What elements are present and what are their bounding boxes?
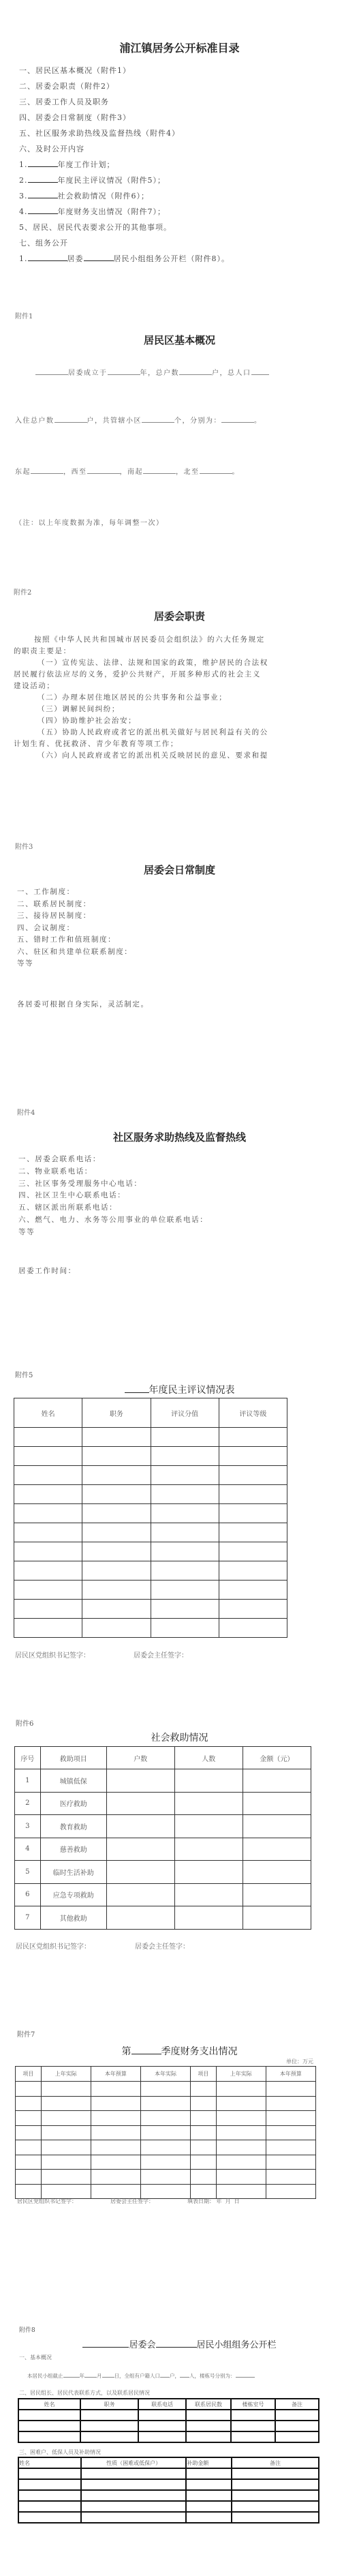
table-cell[interactable] xyxy=(18,2490,81,2501)
table-cell[interactable] xyxy=(186,2468,232,2479)
committee-name-field[interactable] xyxy=(82,2339,129,2348)
blank-field[interactable] xyxy=(28,205,58,214)
table-cell[interactable] xyxy=(82,1561,151,1581)
duty-item: （二）办理本居住地区居民的公共事务和公益事业； xyxy=(14,692,307,704)
table-cell[interactable] xyxy=(266,2170,315,2185)
annex4-title: 社区服务求助热线及监督热线 xyxy=(0,1130,359,1144)
table-cell[interactable] xyxy=(82,1485,151,1504)
finance-table: 项目 上年实际 本年预算 本年实际 项目 上年实际 本年预算 xyxy=(15,2066,316,2199)
assistance-item: 城镇低保 xyxy=(40,1769,106,1793)
table-cell[interactable] xyxy=(243,1792,311,1815)
table-row xyxy=(16,2096,316,2111)
table-cell[interactable] xyxy=(151,1466,219,1485)
table-cell[interactable] xyxy=(16,2155,42,2170)
table-cell[interactable] xyxy=(151,1619,219,1638)
table-cell[interactable] xyxy=(219,1561,287,1581)
annex1-line3: 东起，西至，南起，北至。 xyxy=(15,466,240,476)
table-cell[interactable] xyxy=(232,2501,319,2512)
annex8-title-row: 居委会居民小组组务公开栏 xyxy=(0,2337,359,2350)
table-cell[interactable] xyxy=(151,1600,219,1619)
annex4-footer: 居委工作时间： xyxy=(18,1265,76,1277)
column-header: 姓名 xyxy=(14,1398,82,1428)
committee-name-field[interactable] xyxy=(35,367,68,375)
table-cell[interactable] xyxy=(191,2096,217,2111)
table-cell[interactable] xyxy=(151,1428,219,1447)
table-cell[interactable] xyxy=(91,2096,140,2111)
rule-item: 四、会议制度： xyxy=(17,923,132,935)
table-row xyxy=(18,2431,319,2442)
table-cell[interactable] xyxy=(18,2512,81,2523)
table-cell[interactable] xyxy=(18,2421,80,2431)
table-cell[interactable] xyxy=(106,1883,174,1906)
table-row xyxy=(16,2082,316,2097)
group-name-field[interactable] xyxy=(156,2339,197,2348)
table-cell[interactable] xyxy=(82,1466,151,1485)
table-cell[interactable] xyxy=(232,2479,319,2490)
households-field[interactable] xyxy=(179,367,212,375)
table-row: 3教育救助 xyxy=(15,1815,311,1838)
table-row xyxy=(14,1428,287,1447)
table-cell[interactable] xyxy=(41,2111,91,2126)
table-row xyxy=(16,2170,316,2185)
table-cell[interactable] xyxy=(41,2096,91,2111)
table-row xyxy=(14,1561,287,1581)
table-cell[interactable] xyxy=(151,1485,219,1504)
table-cell[interactable] xyxy=(231,2421,275,2431)
table-row xyxy=(18,2421,319,2431)
column-header: 户数 xyxy=(106,1747,174,1769)
table-cell[interactable] xyxy=(140,2125,190,2140)
party-secretary-signature: 居民区党组织书记签字： xyxy=(15,1649,90,1660)
assistance-item: 临时生活补助 xyxy=(40,1861,106,1884)
table-cell[interactable] xyxy=(82,1542,151,1561)
column-header: 上年实际 xyxy=(41,2067,91,2082)
month-field[interactable] xyxy=(84,2371,97,2378)
assistance-item: 医疗救助 xyxy=(40,1792,106,1815)
table-cell[interactable] xyxy=(106,1792,174,1815)
table-cell[interactable] xyxy=(14,1485,82,1504)
assistance-item: 其他救助 xyxy=(40,1906,106,1930)
table-cell[interactable] xyxy=(41,2140,91,2155)
annex1-line2: 入住总户数户，共管辖小区个，分别为：。 xyxy=(15,415,262,425)
row-number: 4 xyxy=(15,1838,41,1861)
table-cell[interactable] xyxy=(191,2155,217,2170)
column-header: 联系电话 xyxy=(138,2399,186,2410)
annex8-section1-text: 本居民小组截止年月日，全组有户籍人口户，人，楼栋号分别为： xyxy=(27,2371,255,2380)
annex1-title: 居民区基本概况 xyxy=(0,333,359,347)
estates-count-field[interactable] xyxy=(142,415,174,423)
table-cell[interactable] xyxy=(243,1769,311,1793)
table-cell[interactable] xyxy=(106,1815,174,1838)
table-cell[interactable] xyxy=(151,1542,219,1561)
households-field[interactable] xyxy=(160,2371,170,2378)
table-cell[interactable] xyxy=(191,2140,217,2155)
annex3-list: 一、工作制度： 二、联系居民制度： 三、接待居民制度： 四、会议制度： 五、错时… xyxy=(17,886,132,970)
table-cell[interactable] xyxy=(16,2125,42,2140)
duty-item: （一）宣传宪法、法律、法规和国家的政策，维护居民的合法权 xyxy=(14,657,307,669)
blank-field[interactable] xyxy=(28,158,58,167)
column-header: 联系居民数 xyxy=(186,2399,231,2410)
annex1-note: （注：以上年度数据为准，每年调整一次） xyxy=(15,517,164,527)
table-cell[interactable] xyxy=(18,2410,80,2421)
table-cell[interactable] xyxy=(186,2490,232,2501)
table-cell[interactable] xyxy=(41,2155,91,2170)
table-cell[interactable] xyxy=(186,2431,231,2442)
column-header: 上年实际 xyxy=(216,2067,266,2082)
table-cell[interactable] xyxy=(82,1523,151,1542)
table-cell[interactable] xyxy=(174,1906,243,1930)
table-cell[interactable] xyxy=(14,1504,82,1523)
table-row xyxy=(14,1619,287,1638)
table-row xyxy=(14,1485,287,1504)
table-cell[interactable] xyxy=(219,1466,287,1485)
annex7-title-row: 第季度财务支出情况 xyxy=(0,2044,359,2058)
assistance-item: 慈善救助 xyxy=(40,1838,106,1861)
column-header: 评议等级 xyxy=(219,1398,287,1428)
table-cell[interactable] xyxy=(81,2512,187,2523)
table-cell[interactable] xyxy=(82,1600,151,1619)
table-cell[interactable] xyxy=(216,2170,266,2185)
table-cell[interactable] xyxy=(174,1792,243,1815)
table-cell[interactable] xyxy=(232,2512,319,2523)
table-cell[interactable] xyxy=(18,2501,81,2512)
table-cell[interactable] xyxy=(219,1504,287,1523)
table-cell[interactable] xyxy=(91,2155,140,2170)
blank-field[interactable] xyxy=(84,252,114,261)
table-cell[interactable] xyxy=(186,2512,232,2523)
table-cell[interactable] xyxy=(151,1504,219,1523)
annex2-title: 居委会职责 xyxy=(0,609,359,623)
rule-item: 三、接待居民制度： xyxy=(17,910,132,923)
table-cell[interactable] xyxy=(14,1466,82,1485)
table-row xyxy=(14,1542,287,1561)
table-cell[interactable] xyxy=(216,2096,266,2111)
table-cell[interactable] xyxy=(231,2431,275,2442)
column-header: 救助项目 xyxy=(40,1747,106,1769)
column-header: 项目 xyxy=(191,2067,217,2082)
column-header: 本年实际 xyxy=(140,2067,190,2082)
blank-field[interactable] xyxy=(28,174,58,183)
duty-item: （三）调解民间纠纷； xyxy=(14,704,307,715)
column-header: 楼栋室号 xyxy=(231,2399,275,2410)
table-row: 2医疗救助 xyxy=(15,1792,311,1815)
east-boundary-field[interactable] xyxy=(31,466,63,474)
table-cell[interactable] xyxy=(14,1447,82,1466)
toc-item: 四、居委会日常制度（附件3） xyxy=(19,110,230,125)
toc-item: 七、组务公开 xyxy=(19,235,230,251)
table-cell[interactable] xyxy=(91,2111,140,2126)
column-header: 序号 xyxy=(15,1747,41,1769)
table-cell[interactable] xyxy=(106,1838,174,1861)
column-header: 评议分值 xyxy=(151,1398,219,1428)
table-cell[interactable] xyxy=(106,1861,174,1884)
annex-label: 附件5 xyxy=(15,1369,33,1379)
table-cell[interactable] xyxy=(231,2410,275,2421)
table-cell[interactable] xyxy=(216,2184,266,2199)
table-row xyxy=(18,2501,319,2512)
table-cell[interactable] xyxy=(243,1906,311,1930)
director-signature: 居委会主任签字： xyxy=(134,1649,188,1660)
row-number: 6 xyxy=(15,1883,41,1906)
table-cell[interactable] xyxy=(91,2082,140,2097)
south-boundary-field[interactable] xyxy=(143,466,176,474)
column-header: 姓名 xyxy=(18,2457,81,2468)
table-cell[interactable] xyxy=(174,1838,243,1861)
table-row xyxy=(18,2410,319,2421)
annex6-title: 社会救助情况 xyxy=(0,1731,359,1744)
quarter-field[interactable] xyxy=(131,2045,161,2054)
contacts-table: 姓名 职务 联系电话 联系居民数 楼栋室号 备注 xyxy=(18,2398,319,2443)
annex-label: 附件1 xyxy=(15,310,33,320)
year-field[interactable] xyxy=(125,1383,149,1393)
table-cell[interactable] xyxy=(174,1861,243,1884)
column-header: 金额（元） xyxy=(243,1747,311,1769)
annex-label: 附件2 xyxy=(14,586,31,597)
table-row: 5临时生活补助 xyxy=(15,1861,311,1884)
blank-field[interactable] xyxy=(28,252,67,261)
north-boundary-field[interactable] xyxy=(200,466,232,474)
rule-item: 等等 xyxy=(17,958,132,970)
table-cell[interactable] xyxy=(140,2140,190,2155)
occupied-households-field[interactable] xyxy=(54,415,87,423)
table-cell[interactable] xyxy=(80,2431,138,2442)
table-cell[interactable] xyxy=(275,2421,319,2431)
table-cell[interactable] xyxy=(80,2410,138,2421)
table-cell[interactable] xyxy=(14,1581,82,1600)
table-cell[interactable] xyxy=(91,2184,140,2199)
table-cell[interactable] xyxy=(219,1619,287,1638)
toc-item: 五、社区服务求助热线及监督热线（附件4） xyxy=(19,125,230,141)
hotline-item: 二、物业联系电话： xyxy=(18,1166,208,1178)
table-cell[interactable] xyxy=(91,2140,140,2155)
toc-item: 一、居民区基本概况（附件1） xyxy=(19,63,230,78)
assistance-item: 教育救助 xyxy=(40,1815,106,1838)
table-cell[interactable] xyxy=(138,2421,186,2431)
table-cell[interactable] xyxy=(275,2431,319,2442)
column-header: 补助金额 xyxy=(186,2457,232,2468)
table-cell[interactable] xyxy=(18,2431,80,2442)
table-cell[interactable] xyxy=(266,2111,315,2126)
table-cell[interactable] xyxy=(82,1428,151,1447)
table-cell[interactable] xyxy=(80,2421,138,2431)
rule-item: 五、错时工作和值班制度： xyxy=(17,934,132,946)
unit-label: 单位：万元 xyxy=(286,2058,313,2065)
table-cell[interactable] xyxy=(232,2490,319,2501)
table-cell[interactable] xyxy=(216,2082,266,2097)
table-row xyxy=(18,2490,319,2501)
table-cell[interactable] xyxy=(14,1428,82,1447)
table-cell[interactable] xyxy=(140,2184,190,2199)
table-cell[interactable] xyxy=(16,2184,42,2199)
table-cell[interactable] xyxy=(81,2490,187,2501)
table-cell[interactable] xyxy=(14,1600,82,1619)
table-cell[interactable] xyxy=(14,1561,82,1581)
table-cell[interactable] xyxy=(16,2170,42,2185)
table-row xyxy=(14,1447,287,1466)
table-cell[interactable] xyxy=(243,1815,311,1838)
blank-field[interactable] xyxy=(28,190,58,198)
table-cell[interactable] xyxy=(82,1581,151,1600)
annex-label: 附件7 xyxy=(17,2028,35,2039)
table-cell[interactable] xyxy=(266,2155,315,2170)
table-cell[interactable] xyxy=(82,1504,151,1523)
table-cell[interactable] xyxy=(216,2125,266,2140)
column-header: 备注 xyxy=(232,2457,319,2468)
table-cell[interactable] xyxy=(140,2082,190,2097)
table-cell[interactable] xyxy=(138,2431,186,2442)
table-cell[interactable] xyxy=(82,1619,151,1638)
table-cell[interactable] xyxy=(186,2479,232,2490)
table-cell[interactable] xyxy=(82,1447,151,1466)
table-cell[interactable] xyxy=(138,2410,186,2421)
table-cell[interactable] xyxy=(191,2170,217,2185)
annex3-footer: 各居委可根据自身实际，灵活制定。 xyxy=(17,999,149,1010)
director-signature: 居委会主任签字： xyxy=(110,2198,154,2205)
table-cell[interactable] xyxy=(14,1523,82,1542)
table-cell[interactable] xyxy=(191,2184,217,2199)
annex4-list: 一、居委会联系电话： 二、物业联系电话： 三、社区事务受理服务中心电话： 四、社… xyxy=(18,1154,208,1239)
year-field[interactable] xyxy=(108,367,140,375)
table-cell[interactable] xyxy=(191,2111,217,2126)
table-cell[interactable] xyxy=(266,2082,315,2097)
table-cell[interactable] xyxy=(243,1861,311,1884)
table-cell[interactable] xyxy=(232,2468,319,2479)
table-cell[interactable] xyxy=(41,2184,91,2199)
table-row: 6应急专项救助 xyxy=(15,1883,311,1906)
table-cell[interactable] xyxy=(14,1619,82,1638)
annex-label: 附件6 xyxy=(16,1718,33,1728)
table-cell[interactable] xyxy=(216,2155,266,2170)
table-cell[interactable] xyxy=(219,1581,287,1600)
table-cell[interactable] xyxy=(216,2140,266,2155)
table-cell[interactable] xyxy=(186,2501,232,2512)
annex8-section2: 二、居民组长、居民代表联系方式，以及联系居民情况 xyxy=(19,2389,150,2397)
hotline-item: 三、社区事务受理服务中心电话： xyxy=(18,1178,208,1190)
toc-item: 二、居委会职责（附件2） xyxy=(19,78,230,94)
table-cell[interactable] xyxy=(219,1485,287,1504)
table-cell[interactable] xyxy=(106,1906,174,1930)
column-header: 项目 xyxy=(16,2067,42,2082)
table-cell[interactable] xyxy=(140,2111,190,2126)
table-cell[interactable] xyxy=(174,1815,243,1838)
table-cell[interactable] xyxy=(266,2125,315,2140)
estates-names-field[interactable] xyxy=(221,415,254,423)
director-signature: 居委会主任签字： xyxy=(135,1941,189,1951)
table-cell[interactable] xyxy=(243,1883,311,1906)
table-cell[interactable] xyxy=(151,1447,219,1466)
table-cell[interactable] xyxy=(191,2082,217,2097)
table-cell[interactable] xyxy=(16,2096,42,2111)
table-cell[interactable] xyxy=(41,2082,91,2097)
population-field[interactable] xyxy=(251,367,269,375)
table-cell[interactable] xyxy=(16,2140,42,2155)
table-cell[interactable] xyxy=(140,2096,190,2111)
annex8-section3: 三、困难户、低保人员及补助情况 xyxy=(19,2448,101,2456)
table-cell[interactable] xyxy=(81,2479,187,2490)
table-cell[interactable] xyxy=(275,2410,319,2421)
table-row xyxy=(18,2468,319,2479)
table-cell[interactable] xyxy=(151,1561,219,1581)
year-field[interactable] xyxy=(63,2371,80,2378)
table-cell[interactable] xyxy=(191,2125,217,2140)
column-header: 职务 xyxy=(82,1398,151,1428)
table-row xyxy=(16,2125,316,2140)
table-cell[interactable] xyxy=(106,1769,174,1793)
table-cell[interactable] xyxy=(219,1428,287,1447)
table-cell[interactable] xyxy=(16,2111,42,2126)
table-cell[interactable] xyxy=(266,2140,315,2155)
table-cell[interactable] xyxy=(41,2170,91,2185)
table-cell[interactable] xyxy=(140,2170,190,2185)
toc-subitem: 4.年度财务支出情况（附件7）； xyxy=(19,204,230,220)
table-cell[interactable] xyxy=(18,2468,81,2479)
table-cell[interactable] xyxy=(219,1542,287,1561)
table-cell[interactable] xyxy=(18,2479,81,2490)
table-cell[interactable] xyxy=(186,2421,231,2431)
party-secretary-signature: 居民区党组织书记签字： xyxy=(16,1941,91,1951)
table-cell[interactable] xyxy=(243,1838,311,1861)
table-cell[interactable] xyxy=(14,1542,82,1561)
table-cell[interactable] xyxy=(174,1769,243,1793)
table-row xyxy=(16,2155,316,2170)
table-row: 7其他救助 xyxy=(15,1906,311,1930)
table-row xyxy=(14,1504,287,1523)
table-cell[interactable] xyxy=(151,1581,219,1600)
table-cell[interactable] xyxy=(16,2082,42,2097)
table-cell[interactable] xyxy=(81,2468,187,2479)
table-cell[interactable] xyxy=(266,2096,315,2111)
table-cell[interactable] xyxy=(219,1447,287,1466)
table-cell[interactable] xyxy=(91,2125,140,2140)
fill-date: 填表日期： 年 月 日 xyxy=(187,2198,240,2205)
table-cell[interactable] xyxy=(140,2155,190,2170)
table-cell[interactable] xyxy=(41,2125,91,2140)
table-row xyxy=(14,1600,287,1619)
duty-item: （五）协助人民政府或者它的派出机关做好与居民利益有关的公 xyxy=(14,727,307,738)
day-field[interactable] xyxy=(102,2371,114,2378)
west-boundary-field[interactable] xyxy=(87,466,120,474)
row-number: 1 xyxy=(15,1769,41,1793)
evaluation-table: 姓名 职务 评议分值 评议等级 xyxy=(14,1398,287,1638)
annex8-section1: 一、基本概况 xyxy=(19,2354,52,2361)
toc-item: 5、居民、居民代表要求公开的其他事项。 xyxy=(19,220,230,235)
building-numbers-field[interactable] xyxy=(236,2371,255,2378)
table-cell[interactable] xyxy=(186,2410,231,2421)
toc-item: 三、居委工作人员及职务 xyxy=(19,94,230,110)
table-row: 1城镇低保 xyxy=(15,1769,311,1793)
table-cell[interactable] xyxy=(216,2111,266,2126)
annex-label: 附件4 xyxy=(17,1107,35,1117)
column-header: 本年预算 xyxy=(266,2067,315,2082)
column-header: 备注 xyxy=(275,2399,319,2410)
hotline-item: 五、辖区派出所联系电话： xyxy=(18,1202,208,1214)
table-cell[interactable] xyxy=(174,1883,243,1906)
table-cell[interactable] xyxy=(266,2184,315,2199)
table-cell[interactable] xyxy=(151,1523,219,1542)
table-cell[interactable] xyxy=(219,1600,287,1619)
rule-item: 六、驻区和共建单位联系制度： xyxy=(17,946,132,959)
table-cell[interactable] xyxy=(81,2501,187,2512)
persons-field[interactable] xyxy=(180,2371,189,2378)
annex5-title-row: 年度民主评议情况表 xyxy=(0,1383,359,1396)
column-header: 职务 xyxy=(80,2399,138,2410)
table-cell[interactable] xyxy=(219,1523,287,1542)
annex2-body: 按照《中华人民共和国城市居民委员会组织法》的六大任务规定 的职责主要是： （一）… xyxy=(14,634,307,762)
annex-label: 附件8 xyxy=(19,2325,35,2334)
table-cell[interactable] xyxy=(91,2170,140,2185)
toc-subitem: 1.年度工作计划； xyxy=(19,157,230,173)
assistance-table: 序号 救助项目 户数 人数 金额（元） 1城镇低保2医疗救助3教育救助4慈善救助… xyxy=(14,1746,311,1930)
